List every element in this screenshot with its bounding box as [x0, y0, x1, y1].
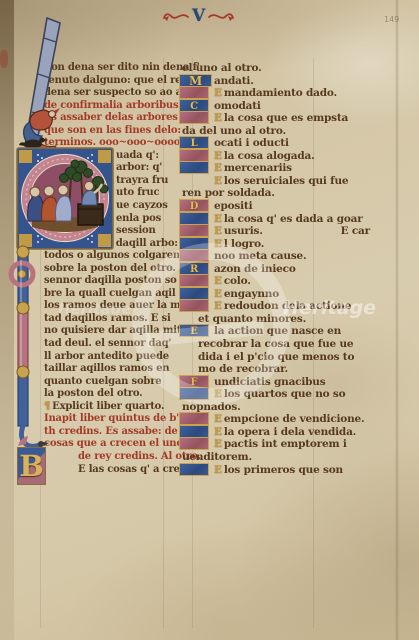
manuscript-text-line: uada q':	[116, 150, 184, 163]
manuscript-text-line: Es assaber delas arbores	[44, 112, 184, 125]
manuscript-text-line: cosas que a crecen el uno	[44, 438, 184, 451]
illuminated-band-initial	[179, 86, 209, 99]
illuminated-band-initial	[179, 149, 209, 162]
manuscript-text-line: session	[116, 225, 184, 238]
illuminated-band-initial	[179, 287, 209, 300]
illuminated-band-initial	[179, 237, 209, 250]
entry-text: pactis int emptorem i	[224, 438, 347, 450]
entry-text: los quartos que no so	[224, 388, 346, 400]
entry-text: usuris.	[224, 225, 263, 237]
illuminated-band-initial: R	[179, 262, 209, 275]
gold-e-initial: E	[214, 464, 222, 476]
line-text: Explicit liber quarto.	[52, 401, 164, 412]
line-text: taillar aqillos ramos en	[44, 363, 169, 374]
line-text: uto fruc	[116, 187, 159, 198]
illuminated-band-initial	[179, 425, 209, 438]
entry-text: recobrar la cosa que fue ue	[198, 338, 353, 350]
entry-text: undiciatis gnacibus	[214, 376, 325, 388]
entry-text: el uno al otro.	[182, 62, 262, 74]
gold-e-initial: E	[214, 150, 222, 162]
manuscript-text-line: Inapit liber quintus de b'	[44, 413, 184, 426]
line-text: quanto cuelgan sobre	[44, 376, 161, 387]
illuminated-band-initial: D	[179, 199, 209, 212]
line-text: arbor: q'	[116, 162, 162, 173]
line-text: Inapit liber quintus de b'	[44, 413, 179, 424]
b-initial-block: B	[17, 447, 46, 485]
page-fold-right	[395, 0, 399, 640]
illuminated-band-initial: F	[179, 375, 209, 388]
entry-text: redoudon dela actione	[224, 300, 351, 312]
manuscript-text-line: tenuto dalguno: que el rey	[44, 75, 184, 88]
index-entry-line: Ela action que nasce en	[178, 325, 384, 338]
folio-number: 149	[384, 15, 399, 24]
illuminated-band-initial	[179, 299, 209, 312]
entry-text: ren por soldada.	[182, 187, 275, 199]
index-entry-line: Elos seruiciales qui fue	[178, 175, 384, 188]
gold-e-initial: E	[214, 388, 222, 400]
entry-text: los primeros que son	[224, 464, 343, 476]
manuscript-text-line: trayra fru	[116, 175, 184, 188]
line-text: que son en las fines delo:	[44, 125, 181, 136]
line-text: trayra fru	[116, 175, 168, 186]
manuscript-text-line: de rey credins. Al otro.	[78, 451, 184, 464]
manuscript-text-line: tad deul. el sennor daq'	[44, 338, 184, 351]
manuscript-text-line: enla pos	[116, 213, 184, 226]
index-entry-line: Ela cosa que es empsta	[178, 112, 384, 125]
manuscript-text-line: que son en las fines delo:	[44, 125, 184, 138]
line-text: sobre la poston del otro. el	[44, 263, 189, 274]
line-text: ue cayzos	[116, 200, 168, 211]
line-text: de confirmalia arboribus	[44, 100, 178, 111]
index-entry-line: Eredoudon dela actione	[178, 300, 384, 313]
line-text: th credins. Es assabe: de las	[44, 426, 196, 437]
entry-text: dida i el p'cio que menos to	[198, 351, 354, 363]
entry-text: uenditorem.	[182, 451, 252, 463]
quire-mark-group: V	[163, 8, 234, 25]
line-text: Es assaber delas arbores	[44, 112, 178, 123]
manuscript-text-line: bre la quall cuelgan aqil	[44, 288, 184, 301]
right-index-column: el uno al otro. Mandati. Emandamiento da…	[178, 62, 384, 476]
line-text: session	[116, 225, 156, 236]
line-text: bre la quall cuelgan aqil	[44, 288, 176, 299]
gold-e-initial: E	[214, 426, 222, 438]
entry-text: l logro.	[224, 238, 264, 250]
manuscript-text-line: tad daqillos ramos. E si	[44, 313, 184, 326]
red-flourish-right-icon	[208, 10, 234, 24]
entry-text: epositi	[214, 200, 252, 212]
line-text: sennor daqilla poston so	[44, 275, 177, 286]
manuscript-text-line: no quisiere dar aqilla mit	[44, 325, 184, 338]
entry-text: omodati	[214, 100, 261, 112]
manuscript-text-line: sennor daqilla poston so	[44, 275, 184, 288]
illuminated-band-initial	[179, 249, 209, 262]
b-initial-letter: B	[19, 452, 44, 481]
manuscript-text-line: los ramos deue auer la mit	[44, 300, 184, 313]
illuminated-band-initial	[179, 161, 209, 174]
illuminated-band-initial: M	[179, 74, 212, 87]
illuminated-band-initial: C	[179, 99, 209, 112]
manuscript-text-line: ue cayzos	[116, 200, 184, 213]
line-text: tenuto dalguno: que el rey	[44, 75, 187, 86]
entry-text: mandamiento dado.	[224, 87, 337, 99]
entry-text: la cosa alogada.	[224, 150, 315, 162]
entry-text: andati.	[214, 75, 254, 87]
index-entry-line: recobrar la cosa que fue ue	[178, 338, 384, 351]
illuminated-band-initial	[179, 212, 209, 225]
gold-e-initial: E	[214, 288, 222, 300]
entry-text: noo meta cause.	[214, 250, 306, 262]
gold-e-initial: E	[214, 275, 222, 287]
index-entry-line: Elos quartos que no so	[178, 388, 384, 401]
entry-text: mercenariis	[224, 162, 292, 174]
index-entry-line: Epactis int emptorem i	[178, 438, 384, 451]
entry-text: los seruiciales qui fue	[224, 175, 349, 187]
manuscript-page-photo: V 149 non dena ser dito nin dena f' tenu…	[0, 0, 419, 640]
gold-e-initial: E	[214, 413, 222, 425]
manuscript-text-line: sobre la poston del otro. el	[44, 263, 184, 276]
entry-text: la opera i dela vendida.	[224, 426, 356, 438]
entry-text: azon de inieco	[214, 263, 296, 275]
line-text: non dena ser dito nin dena f'	[44, 62, 200, 73]
manuscript-text-line: ¶Explicit liber quarto.	[44, 401, 184, 414]
line-text: los ramos deue auer la mit	[44, 300, 189, 311]
entry-text: da del uno al otro.	[182, 125, 286, 137]
marginal-bar-ornament-icon	[4, 244, 50, 456]
manuscript-text-line: todos o algunos colgaren	[44, 250, 184, 263]
line-text: enla pos	[116, 213, 161, 224]
gold-e-initial: E	[214, 300, 222, 312]
illuminated-band-initial: L	[179, 136, 209, 149]
entry-text: engaynno	[224, 288, 279, 300]
manuscript-text-line: non dena ser dito nin dena f'	[44, 62, 184, 75]
entry-text: et quanto minores.	[198, 313, 306, 325]
manuscript-text-line: uto fruc	[116, 187, 184, 200]
line-text: no quisiere dar aqilla mit	[44, 325, 181, 336]
manuscript-text-line: taillar aqillos ramos en	[44, 363, 184, 376]
manuscript-text-line: E las cosas q' a crecen	[78, 464, 184, 477]
line-text: uada q':	[116, 150, 159, 161]
line-text: cosas que a crecen el uno	[44, 438, 183, 449]
manuscript-text-line: ll arbor antedito puede	[44, 351, 184, 364]
index-entry-line: Emercenariis	[178, 162, 384, 175]
manuscript-text-line: de confirmalia arboribus	[44, 100, 184, 113]
illuminated-band-initial	[179, 437, 209, 450]
quire-mark-letter: V	[192, 8, 205, 25]
manuscript-text-line: dena ser suspecto so ao algno.	[44, 87, 184, 100]
illuminated-band-initial	[179, 463, 209, 476]
gold-e-initial: E	[214, 225, 222, 237]
gold-e-initial: E	[214, 438, 222, 450]
index-entry-line: Elos primeros que son	[178, 464, 384, 477]
entry-text: mo de recobrar.	[198, 363, 288, 375]
illuminated-band-initial	[179, 111, 209, 124]
red-flourish-left-icon	[163, 10, 189, 24]
illuminated-band-initial	[179, 387, 209, 400]
manuscript-text-line: arbor: q'	[116, 162, 184, 175]
entry-text: colo.	[224, 275, 251, 287]
entry-right-text: E car	[341, 225, 370, 238]
illuminated-band-initial	[179, 224, 209, 237]
line-text: tad daqillos ramos. E si	[44, 313, 171, 324]
line-text: tad deul. el sennor daq'	[44, 338, 171, 349]
entry-text: la action que nasce en	[214, 325, 341, 337]
illuminated-band-initial: E	[179, 324, 209, 337]
illuminated-band-initial	[179, 274, 209, 287]
line-text: ll arbor antedito puede	[44, 351, 169, 362]
historiated-initial-miniature	[16, 147, 114, 250]
entry-text: la cosa que es empsta	[224, 112, 348, 124]
gold-e-initial: E	[214, 238, 222, 250]
entry-text: ocati i oducti	[214, 137, 289, 149]
entry-text: la cosa q' es dada a goar	[224, 213, 363, 225]
entry-text: empcione de vendicione.	[224, 413, 365, 425]
left-text-column: non dena ser dito nin dena f' tenuto dal…	[44, 62, 184, 476]
gold-e-initial: E	[214, 162, 222, 174]
gold-e-initial: E	[214, 112, 222, 124]
gold-e-initial: E	[214, 213, 222, 225]
manuscript-text-line: la poston del otro.	[44, 388, 184, 401]
index-entry-line: dida i el p'cio que menos to	[178, 351, 384, 364]
entry-text: nopnados.	[182, 401, 241, 413]
gold-e-initial: E	[214, 175, 222, 187]
illuminated-band-initial	[179, 412, 209, 425]
line-text: todos o algunos colgaren	[44, 250, 180, 261]
gold-e-initial: E	[214, 87, 222, 99]
edge-red-mark	[0, 50, 8, 68]
line-text: la poston del otro.	[44, 388, 142, 399]
manuscript-text-line: th credins. Es assabe: de las	[44, 426, 184, 439]
manuscript-text-line: quanto cuelgan sobre	[44, 376, 184, 389]
